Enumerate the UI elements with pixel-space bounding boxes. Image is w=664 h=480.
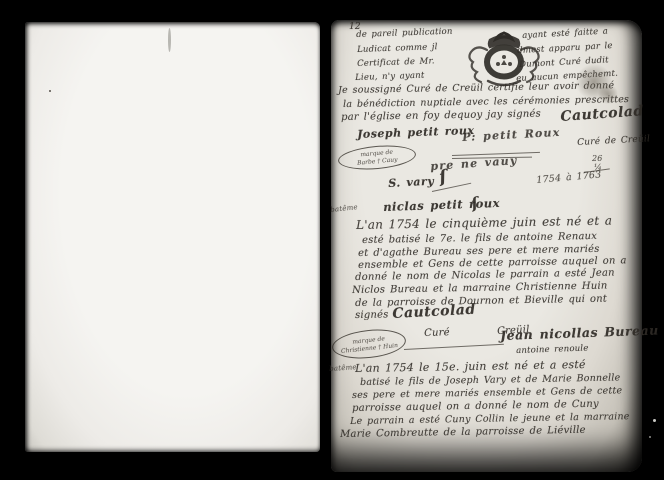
scanned-book-photograph: 12de pareil publicationayant esté faitte…	[0, 0, 664, 480]
handwritten-line: L'an 1754 le 15e. juin est né et a esté	[355, 359, 586, 374]
collation-number: 26	[592, 155, 603, 163]
handwritten-line: Curé de Creüil	[577, 135, 650, 148]
handwritten-line: Marie Combreutte de la parroisse de Liév…	[340, 426, 586, 440]
ink-flourish-stroke	[432, 183, 471, 192]
handwritten-line: Ludicat comme jl	[357, 43, 438, 54]
margin-note-bateme: batême	[329, 364, 357, 373]
witness-mark-stamp-christienne-huin: marque deChristienne † Huin	[331, 326, 408, 362]
entry-heading: niclas petit roux	[383, 198, 500, 214]
handwritten-line: Certificat de Mr.	[357, 57, 435, 68]
handwritten-line: signés	[355, 310, 389, 321]
handwritten-line: Je soussigné Curé de Creüil certifie leu…	[338, 81, 614, 95]
handwritten-line: antoine renoule	[516, 344, 589, 355]
signature-scrawl: P: petit Roux	[462, 127, 561, 143]
handwritten-line: Curé	[424, 328, 450, 339]
handwritten-line: dmest apparu par le	[517, 42, 613, 55]
scan-speck	[49, 90, 51, 92]
handwritten-line: Le parrain a esté Cuny Collin le jeune e…	[350, 412, 630, 426]
handwritten-line: Lieu, n'y ayant	[355, 72, 425, 83]
signature-vary: S. vary	[388, 176, 434, 189]
handwritten-line: par l'église en foy dequoy jay signés	[341, 110, 541, 123]
handwritten-line: ayant esté faitte a	[522, 28, 608, 41]
scan-speck	[649, 436, 651, 438]
signature-joseph-petit-roux: Joseph petit roux	[357, 125, 475, 140]
signature-jean-nicollas-bureau: Jean nicollas Bureau	[500, 324, 659, 342]
scan-speck	[653, 419, 656, 422]
handwritten-line: L'an 1754 le cinquième juin est né et a	[356, 215, 612, 231]
witness-mark-stamp-barbe-cauy: marque deBarbe † Cauy	[337, 143, 417, 173]
handwritten-line: de pareil publication	[356, 28, 453, 40]
page-stain	[598, 84, 618, 104]
scan-speck	[168, 28, 171, 52]
margin-note-bateme: batême	[330, 204, 358, 214]
date-range-annotation: 1754 à 1763	[536, 170, 602, 185]
ink-flourish-stroke	[404, 344, 504, 350]
cure-signature: Cautcolad	[560, 104, 644, 124]
cure-signature: Cautcolad	[392, 303, 476, 321]
stamp-text: Christienne † Huin	[341, 342, 399, 355]
handwriting-layer: 12de pareil publicationayant esté faitte…	[0, 0, 664, 480]
